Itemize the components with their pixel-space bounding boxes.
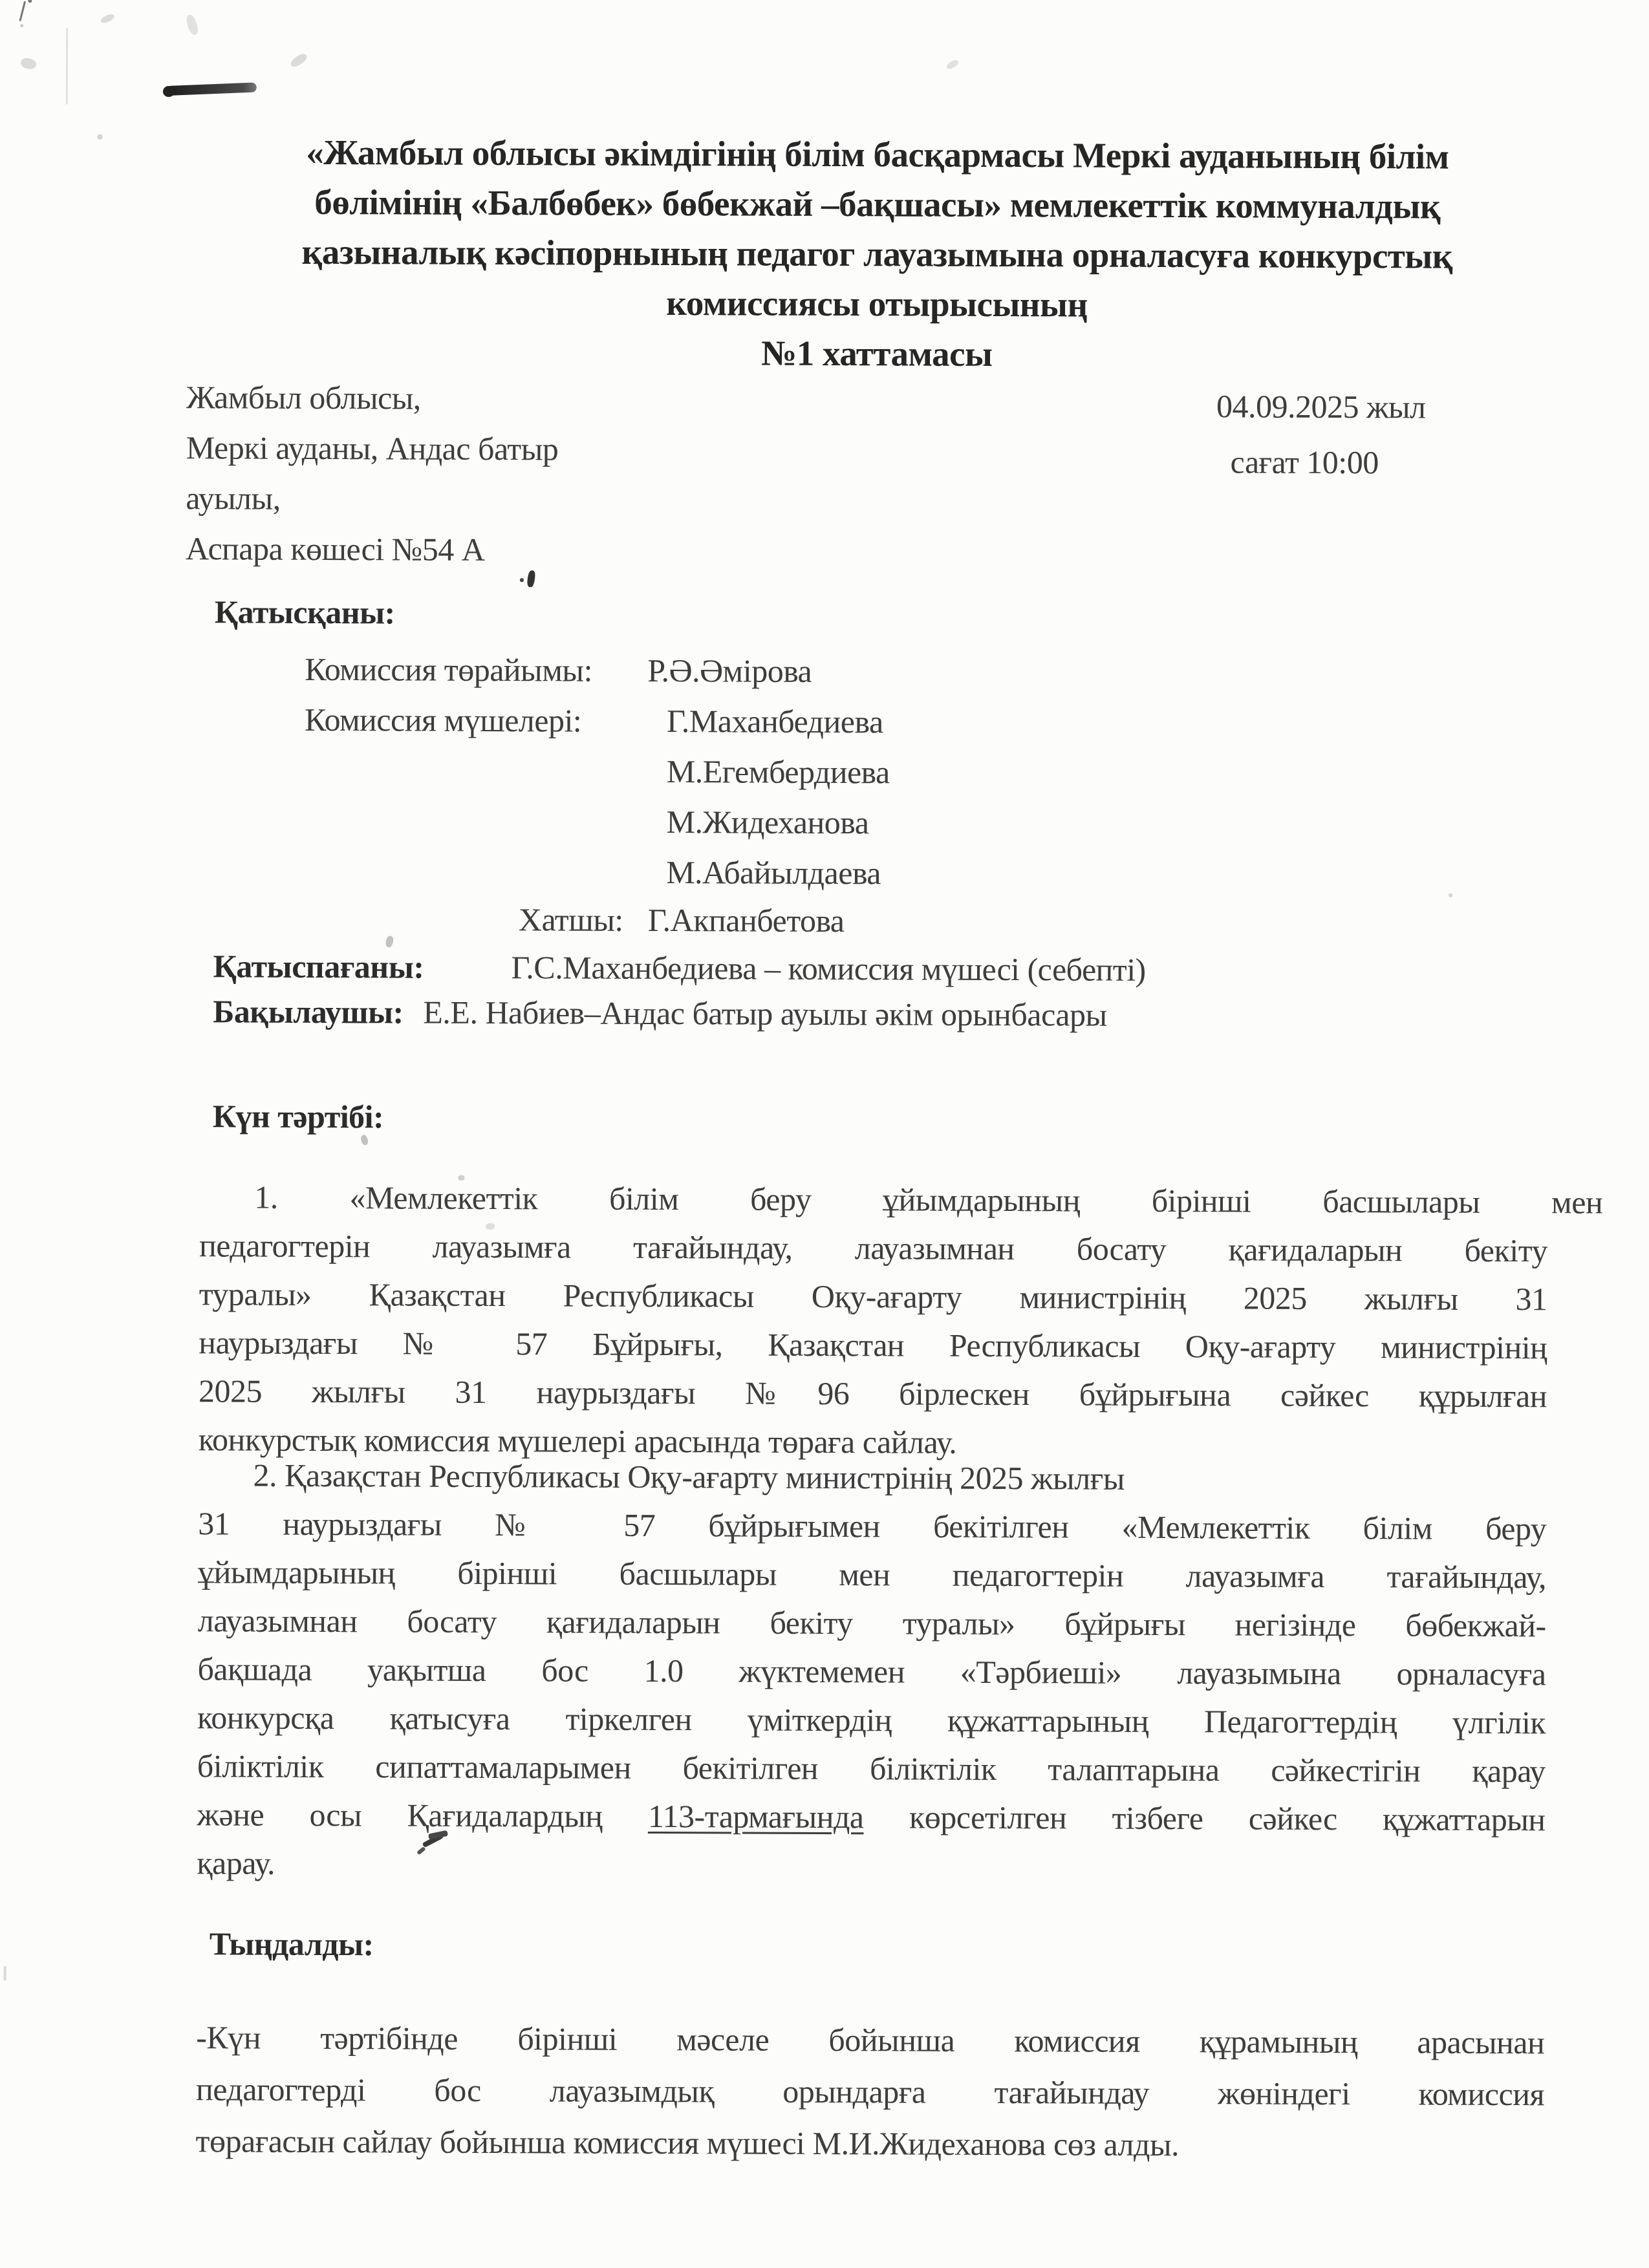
member-name: М.Егембердиева <box>667 752 890 791</box>
absent-value: Г.С.Маханбедиева – комиссия мүшесі (себе… <box>512 948 1146 989</box>
hearing-line: -Күн тәртібінде бірінші мәселе бойынша к… <box>196 2018 1544 2062</box>
ink-smudge <box>98 134 103 140</box>
member-name: М.Жидеханова <box>666 802 868 842</box>
present-label: Қатысқаны: <box>215 592 395 632</box>
pen-mark <box>166 83 257 96</box>
ink-smudge <box>19 1 26 21</box>
chair-label: Комиссия төрайымы: <box>305 650 592 690</box>
member-name: М.Абайылдаева <box>666 853 881 892</box>
hearing-line: төрағасын сайлау бойынша комиссия мүшесі… <box>196 2121 1544 2165</box>
title-line: қазыналық кәсіпорнының педагог лауазымын… <box>203 226 1551 281</box>
agenda-label: Күн тәртібі: <box>213 1097 384 1136</box>
members-label: Комиссия мүшелері: <box>305 700 581 740</box>
ink-smudge <box>385 935 394 948</box>
ink-smudge <box>100 13 115 25</box>
agenda-item1-line: туралы» Қазақстан Республикасы Оқу-ағарт… <box>199 1274 1547 1318</box>
protocol-number: №1 хаттамасы <box>202 326 1551 381</box>
ink-smudge <box>185 14 200 36</box>
scan-streak <box>4 1966 6 1980</box>
ink-smudge <box>20 57 38 70</box>
agenda-item2-line: бақшада уақытша бос 1.0 жүктемемен «Тәрб… <box>197 1649 1546 1693</box>
document-date: 04.09.2025 жыл <box>1216 387 1426 426</box>
chair-name: Р.Ә.Әмірова <box>647 651 812 690</box>
secretary-name: Г.Акпанбетова <box>648 901 845 940</box>
agenda-item2-line: қарау. <box>197 1843 1545 1887</box>
ink-blot <box>526 570 536 588</box>
document-title: «Жамбыл облысы әкімдігінің білім басқарм… <box>202 127 1551 381</box>
scanned-content: «Жамбыл облысы әкімдігінің білім басқарм… <box>0 0 1649 2268</box>
agenda-item1-line: наурыздағы № 57 Бұйрығы, Қазақстан Респу… <box>199 1323 1547 1367</box>
observer-value: Е.Е. Набиев–Андас батыр ауылы әкім орынб… <box>423 993 1106 1034</box>
agenda-item2-line: лауазымнан босату қағидаларын бекіту тур… <box>198 1601 1546 1645</box>
hearing-line: педагогтерді бос лауазымдық орындарға та… <box>196 2070 1544 2113</box>
document-page: «Жамбыл облысы әкімдігінің білім басқарм… <box>0 0 1649 2268</box>
agenda-item1-line: 2025 жылғы 31 наурыздағы №96 бірлескен б… <box>199 1371 1547 1415</box>
title-line: комиссиясы отырысының <box>202 276 1551 331</box>
ink-smudge <box>945 58 960 70</box>
line-suffix: көрсетілген тізбеге сәйкес құжаттарын <box>864 1799 1546 1837</box>
agenda-item2-line: 31 наурыздағы № 57 бұйрығымен бекітілген… <box>198 1504 1546 1548</box>
title-line: бөлімінің «Балбөбек» бөбекжай –бақшасы» … <box>203 177 1551 231</box>
agenda-item2-line: 2. Қазақстан Республикасы Оқу-ағарту мин… <box>199 1455 1602 1499</box>
agenda-item1-line: педагогтерін лауазымға тағайындау, лауаз… <box>199 1226 1547 1270</box>
scan-streak <box>66 28 68 104</box>
agenda-item2-line-underlined: және осы Қағидалардың 113-тармағында көр… <box>197 1795 1545 1839</box>
agenda-item2-line: біліктілік сипаттамаларымен бекітілген б… <box>197 1746 1546 1790</box>
underlined-clause-113: 113-тармағында <box>648 1798 864 1835</box>
agenda-item1-line: 1. «Мемлекеттік білім беру ұйымдарының б… <box>199 1177 1602 1221</box>
observer-label: Бақылаушы: <box>213 992 404 1031</box>
ink-smudge <box>28 0 32 3</box>
agenda-item2-line: конкурсқа қатысуға тіркелген үміткердің … <box>197 1698 1546 1742</box>
title-line: «Жамбыл облысы әкімдігінің білім басқарм… <box>203 127 1551 182</box>
location-line: Жамбыл облысы, <box>186 378 421 417</box>
absent-label: Қатыспағаны: <box>213 947 424 986</box>
pen-mark-tip <box>163 86 175 97</box>
document-time: сағат 10:00 <box>1231 442 1379 482</box>
agenda-item2-line: ұйымдарының бірінші басшылары мен педаго… <box>198 1552 1546 1596</box>
location-line: Меркі ауданы, Андас батыр <box>186 428 559 468</box>
location-line: Аспара көшесі №54 А <box>186 529 485 569</box>
ink-smudge <box>20 24 23 27</box>
ink-smudge <box>1449 893 1452 897</box>
hearing-label: Тыңдалды: <box>210 1924 374 1963</box>
ink-dot <box>520 578 524 582</box>
line-prefix: және осы Қағидалардың <box>197 1796 648 1834</box>
member-name: Г.Маханбедиева <box>667 701 883 741</box>
location-line: ауылы, <box>186 478 281 518</box>
secretary-label: Хатшы: <box>519 900 623 939</box>
ink-smudge <box>289 52 308 69</box>
